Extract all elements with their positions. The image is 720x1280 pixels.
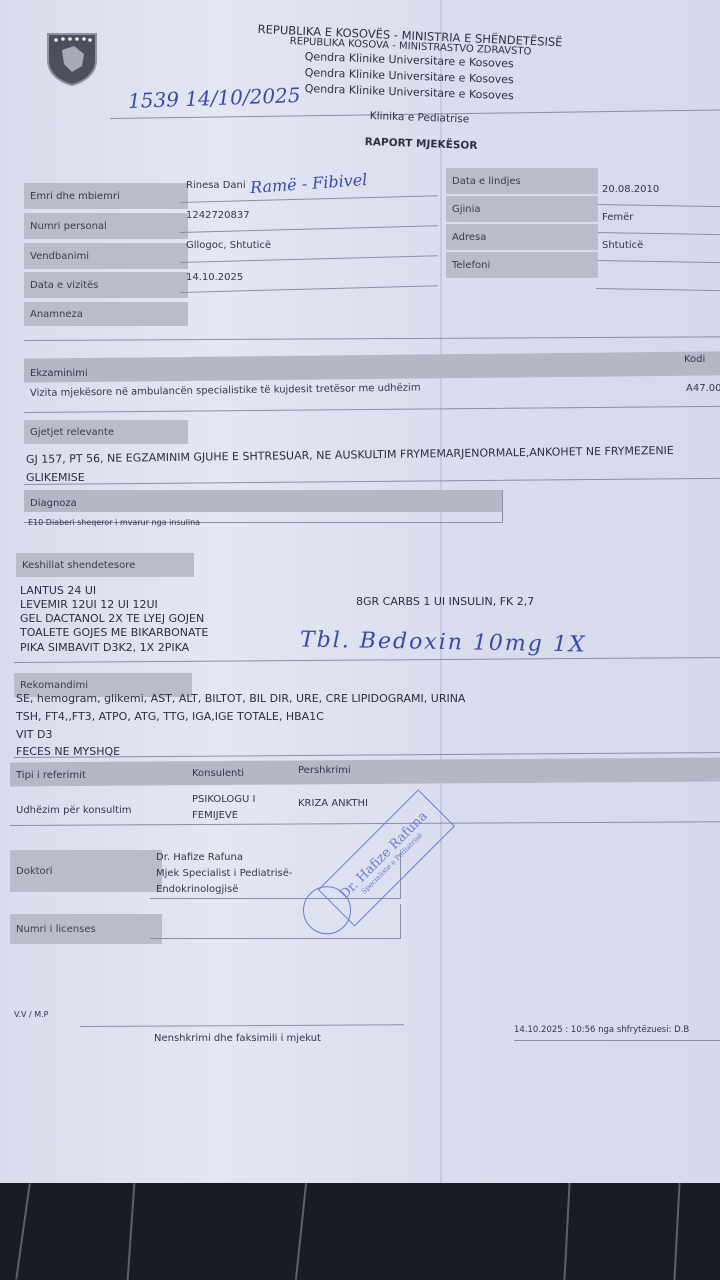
exam-value: Vizita mjekësore në ambulancën specialis… <box>30 383 421 399</box>
exam-code-label: Kodi <box>684 354 705 365</box>
advice-line: PIKA SIMBAVIT D3K2, 1X 2PIKA <box>20 640 189 656</box>
advice-line: TOALETE GOJES ME BIKARBONATE <box>20 625 208 641</box>
license-box <box>150 904 401 939</box>
row-divider <box>180 195 438 203</box>
row-divider <box>180 225 438 233</box>
gender-value: Femër <box>602 212 633 223</box>
exam-header-band <box>24 351 720 382</box>
row-divider <box>596 204 720 207</box>
referral-consultant-value-2: FEMIJEVE <box>192 810 238 821</box>
personal-number-label: Numri personal <box>24 213 188 239</box>
recommendation-line: TSH, FT4,,FT3, ATPO, ATG, TTG, IGA,IGE T… <box>16 709 324 725</box>
row-divider <box>180 285 438 293</box>
diagnosis-label: Diagnoza <box>30 498 77 509</box>
section-divider <box>10 821 720 826</box>
handwritten-reference: 1539 14/10/2025 <box>128 83 301 113</box>
section-divider <box>24 478 720 485</box>
doctor-box <box>150 850 401 899</box>
timestamp-underline <box>514 1040 720 1041</box>
referral-type-label: Tipi i referimit <box>16 770 86 781</box>
medical-report-paper: REPUBLIKA E KOSOVËS - MINISTRIA E SHËNDE… <box>0 0 720 1183</box>
vv-mp-label: V.V / M.P <box>14 1010 49 1019</box>
clinic-name: Klinika e Pediatrise <box>370 110 470 125</box>
referral-type-value: Udhëzim për konsultim <box>16 805 132 816</box>
name-label: Emri dhe mbiemri <box>24 183 188 209</box>
report-title: RAPORT MJEKËSOR <box>365 136 478 152</box>
name-value: Rinesa Dani <box>186 180 246 191</box>
section-divider <box>24 406 720 413</box>
row-divider <box>596 288 720 291</box>
row-divider <box>596 232 720 235</box>
signature-line <box>80 1024 404 1027</box>
license-label: Numri i licenses <box>10 914 162 944</box>
exam-code-value: A47.00 <box>686 383 720 394</box>
phone-label: Telefoni <box>446 252 598 278</box>
recommendation-line: VIT D3 <box>16 727 52 743</box>
exam-label: Ekzaminimi <box>30 368 88 379</box>
referral-consultant-label: Konsulenti <box>192 768 244 779</box>
referral-description-label: Pershkrimi <box>298 765 351 776</box>
section-divider <box>24 336 720 341</box>
residence-label: Vendbanimi <box>24 243 188 269</box>
dark-tabletop <box>0 1183 720 1280</box>
residence-value: Gllogoc, Shtuticë <box>186 240 271 251</box>
print-timestamp: 14.10.2025 : 10:56 nga shfrytëzuesi: D.B <box>514 1025 689 1035</box>
gender-label: Gjinia <box>446 196 598 222</box>
signature-label: Nenshkrimi dhe faksimili i mjekut <box>154 1033 321 1044</box>
referral-description-value: KRIZA ANKTHI <box>298 798 368 809</box>
birth-date-value: 20.08.2010 <box>602 184 659 195</box>
diagnosis-value: E10 Diaberi sheqeror i mvarur nga insuli… <box>28 518 200 527</box>
birth-date-label: Data e lindjes <box>446 168 598 194</box>
address-label: Adresa <box>446 224 598 250</box>
diagnosis-header-band <box>24 490 502 512</box>
visit-date-value: 14.10.2025 <box>186 272 243 283</box>
advice-side-note: 8GR CARBS 1 UI INSULIN, FK 2,7 <box>356 594 534 610</box>
doctor-label: Doktori <box>10 850 162 892</box>
address-value: Shtuticë <box>602 240 643 251</box>
findings-line-1: GJ 157, PT 56, NE EGZAMINIM GJUHE E SHTR… <box>26 443 674 468</box>
paper-fold <box>440 0 442 1183</box>
recommendation-line: SE, hemogram, glikemi, AST, ALT, BILTOT,… <box>16 691 465 707</box>
row-divider <box>180 255 438 263</box>
advice-label: Keshillat shendetesore <box>16 553 194 577</box>
row-divider <box>596 260 720 263</box>
referral-consultant-value-1: PSIKOLOGU I <box>192 794 256 805</box>
personal-number-value: 1242720837 <box>186 210 250 221</box>
handwritten-prescription: Tbl. Bedoxin 10mg 1X <box>300 628 587 658</box>
visit-date-label: Data e vizitës <box>24 272 188 298</box>
handwritten-name: Ramë - Fibivel <box>249 170 367 197</box>
anamnesis-label: Anamneza <box>24 302 188 326</box>
findings-label: Gjetjet relevante <box>24 420 188 444</box>
referral-header-band <box>10 758 720 787</box>
kosovo-coat-of-arms-icon <box>44 30 100 86</box>
section-divider <box>14 657 720 663</box>
